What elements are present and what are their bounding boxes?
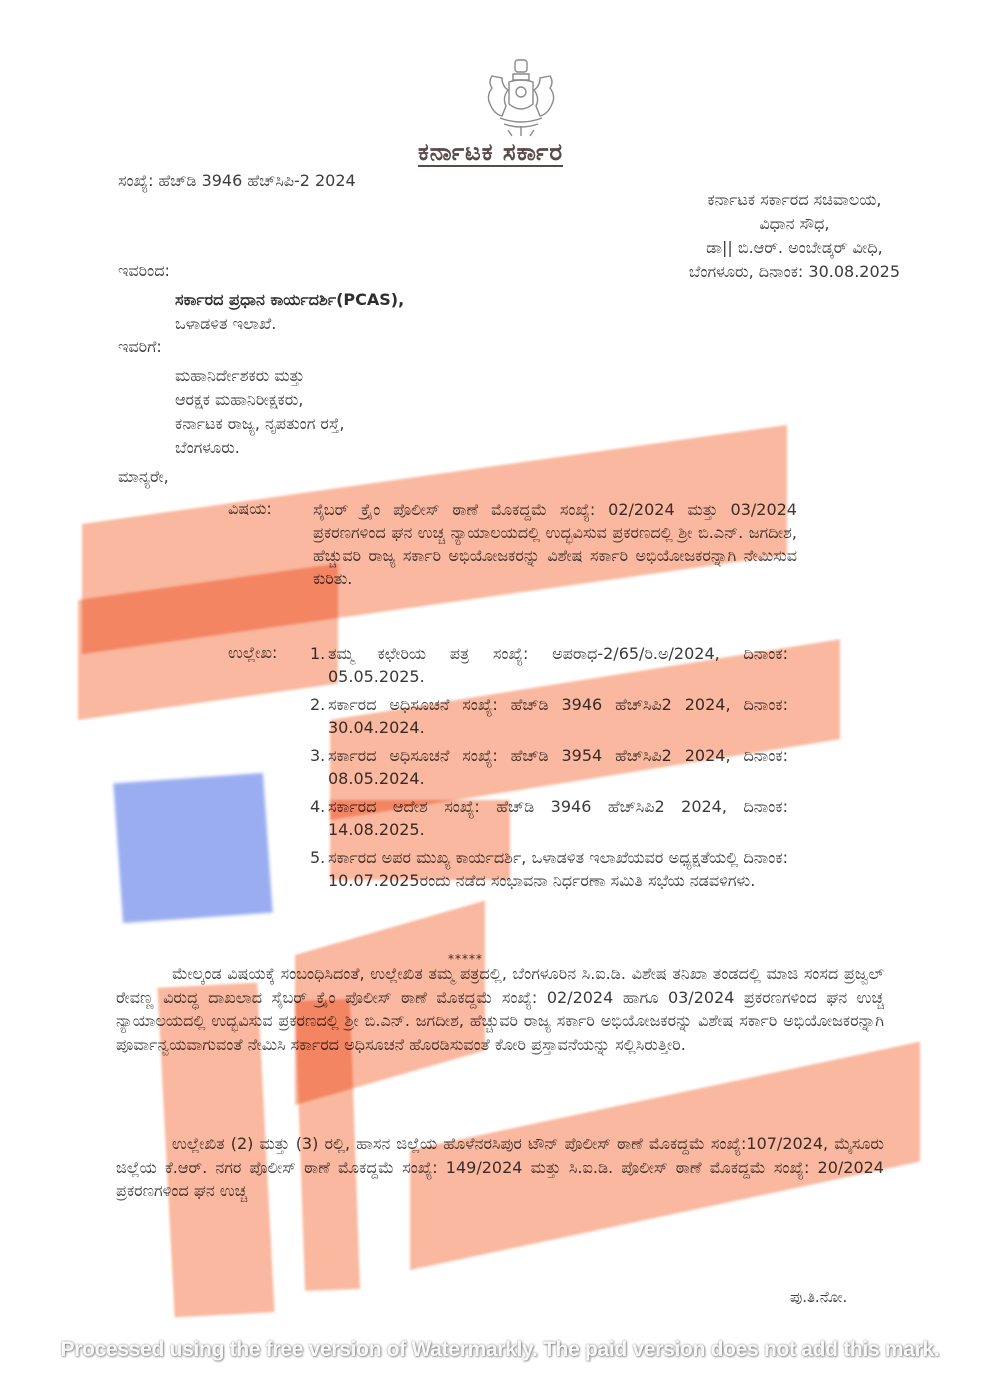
- reference-text: ಸರ್ಕಾರದ ಅಪರ ಮುಖ್ಯ ಕಾರ್ಯದರ್ಶಿ, ಒಳಾಡಳಿತ ಇಲ…: [328, 848, 788, 890]
- address-line: ಕರ್ನಾಟಕ ಸರ್ಕಾರದ ಸಚಿವಾಲಯ,: [689, 188, 900, 212]
- to-label: ಇವರಿಗೆ:: [118, 336, 162, 358]
- reference-text: ಸರ್ಕಾರದ ಆದೇಶ ಸಂಖ್ಯೆ: ಹೆಚ್‌ಡಿ 3946 ಹೆಚ್‌ಸ…: [328, 797, 788, 839]
- to-line: ಆರಕ್ಷಕ ಮಹಾನಿರೀಕ್ಷಕರು,: [175, 388, 344, 412]
- from-line: ಸರ್ಕಾರದ ಪ್ರಧಾನ ಕಾರ್ಯದರ್ಶಿ(PCAS),: [175, 288, 404, 312]
- watermark-text: Processed using the free version of Wate…: [0, 1338, 1000, 1362]
- to-line: ಕರ್ನಾಟಕ ರಾಜ್ಯ, ನೃಪತುಂಗ ರಸ್ತೆ,: [175, 412, 344, 436]
- government-letter-page: ಕರ್ನಾಟಕ ಸರ್ಕಾರ ಸಂಖ್ಯೆ: ಹೆಚ್‌ಡಿ 3946 ಹೆಚ್…: [0, 0, 1000, 1387]
- to-line: ಬೆಂಗಳೂರು.: [175, 436, 344, 460]
- references-label: ಉಲ್ಲೇಖ:: [228, 642, 277, 664]
- karnataka-state-emblem-icon: [478, 56, 564, 138]
- address-line: ಡಾ|| ಬಿ.ಆರ್. ಅಂಬೇಡ್ಕರ್ ವೀಧಿ,: [689, 236, 900, 260]
- reference-text: ತಮ್ಮ ಕಛೇರಿಯ ಪತ್ರ ಸಂಖ್ಯೆ: ಅಪರಾಧ-2/65/ರಿ.ಅ…: [328, 644, 788, 686]
- subject-text: ಸೈಬರ್ ಕ್ರೈಂ ಪೊಲೀಸ್ ಠಾಣೆ ಮೊಕದ್ದಮೆ ಸಂಖ್ಯೆ:…: [313, 498, 797, 590]
- sender-address: ಕರ್ನಾಟಕ ಸರ್ಕಾರದ ಸಚಿವಾಲಯ, ವಿಧಾನ ಸೌಧ, ಡಾ||…: [689, 188, 900, 284]
- reference-number: 1.: [310, 642, 325, 665]
- reference-item: 3.ಸರ್ಕಾರದ ಅಧಿಸೂಚನೆ ಸಂಖ್ಯೆ: ಹೆಚ್‌ಡಿ 3954 …: [310, 744, 788, 790]
- reference-text: ಸರ್ಕಾರದ ಅಧಿಸೂಚನೆ ಸಂಖ್ಯೆ: ಹೆಚ್‌ಡಿ 3946 ಹೆ…: [328, 695, 788, 737]
- page-turn-note: ಪು.ತಿ.ನೋ.: [790, 1286, 847, 1308]
- to-line: ಮಹಾನಿರ್ದೇಶಕರು ಮತ್ತು: [175, 364, 344, 388]
- redaction-overlay-blue: [113, 773, 272, 923]
- from-block: ಸರ್ಕಾರದ ಪ್ರಧಾನ ಕಾರ್ಯದರ್ಶಿ(PCAS), ಒಳಾಡಳಿತ…: [175, 288, 404, 336]
- body-paragraph: ಉಲ್ಲೇಖಿತ (2) ಮತ್ತು (3) ರಲ್ಲಿ, ಹಾಸನ ಜಿಲ್ಲ…: [116, 1132, 884, 1203]
- reference-number: 2.: [310, 693, 325, 716]
- references-list: 1.ತಮ್ಮ ಕಛೇರಿಯ ಪತ್ರ ಸಂಖ್ಯೆ: ಅಪರಾಧ-2/65/ರಿ…: [310, 642, 788, 897]
- reference-number: 3.: [310, 744, 325, 767]
- redaction-overlay: [78, 563, 338, 720]
- from-label: ಇವರಿಂದ:: [118, 260, 170, 282]
- reference-text: ಸರ್ಕಾರದ ಅಧಿಸೂಚನೆ ಸಂಖ್ಯೆ: ಹೆಚ್‌ಡಿ 3954 ಹೆ…: [328, 746, 788, 788]
- subject-label: ವಿಷಯ:: [228, 498, 272, 520]
- from-line: ಒಳಾಡಳಿತ ಇಲಾಖೆ.: [175, 312, 404, 336]
- body-paragraph: ಮೇಲ್ಕಂಡ ವಿಷಯಕ್ಕೆ ಸಂಬಂಧಿಸಿದಂತೆ, ಉಲ್ಲೇಖಿತ …: [116, 962, 884, 1056]
- reference-number: ಸಂಖ್ಯೆ: ಹೆಚ್‌ಡಿ 3946 ಹೆಚ್‌ಸಿಪಿ-2 2024: [118, 170, 356, 192]
- address-date-line: ಬೆಂಗಳೂರು, ದಿನಾಂಕ: 30.08.2025: [689, 260, 900, 284]
- reference-number: 5.: [310, 846, 325, 869]
- reference-item: 4.ಸರ್ಕಾರದ ಆದೇಶ ಸಂಖ್ಯೆ: ಹೆಚ್‌ಡಿ 3946 ಹೆಚ್…: [310, 795, 788, 841]
- to-block: ಮಹಾನಿರ್ದೇಶಕರು ಮತ್ತು ಆರಕ್ಷಕ ಮಹಾನಿರೀಕ್ಷಕರು…: [175, 364, 344, 460]
- salutation: ಮಾನ್ಯರೇ,: [118, 466, 169, 488]
- address-line: ವಿಧಾನ ಸೌಧ,: [689, 212, 900, 236]
- reference-item: 1.ತಮ್ಮ ಕಛೇರಿಯ ಪತ್ರ ಸಂಖ್ಯೆ: ಅಪರಾಧ-2/65/ರಿ…: [310, 642, 788, 688]
- reference-item: 2.ಸರ್ಕಾರದ ಅಧಿಸೂಚನೆ ಸಂಖ್ಯೆ: ಹೆಚ್‌ಡಿ 3946 …: [310, 693, 788, 739]
- reference-item: 5.ಸರ್ಕಾರದ ಅಪರ ಮುಖ್ಯ ಕಾರ್ಯದರ್ಶಿ, ಒಳಾಡಳಿತ …: [310, 846, 788, 892]
- reference-number: 4.: [310, 795, 325, 818]
- government-title: ಕರ್ನಾಟಕ ಸರ್ಕಾರ: [418, 138, 563, 166]
